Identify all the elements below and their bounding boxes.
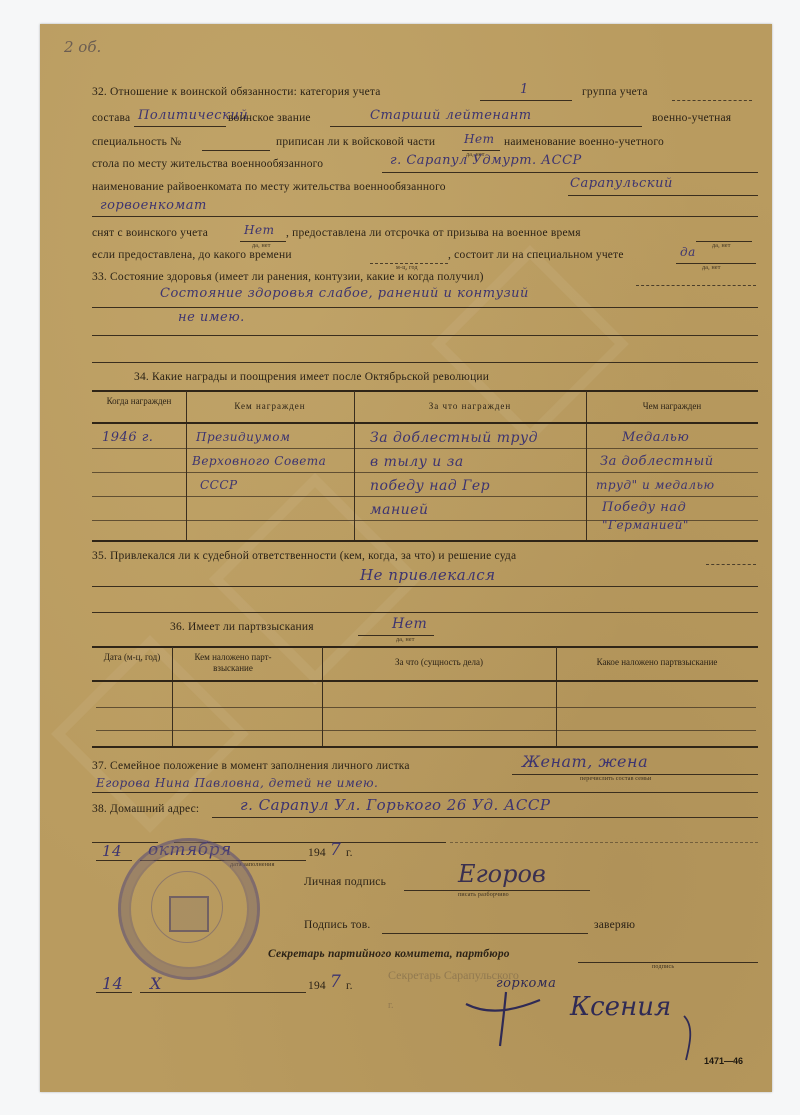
certify-label: заверяю — [594, 919, 635, 931]
penalty-col-divider — [172, 647, 173, 747]
penalty-header-bottom — [92, 680, 758, 682]
awards-row-line — [92, 496, 758, 497]
family-field-line-1 — [512, 774, 758, 775]
family-value-1: Женат, жена — [522, 752, 648, 771]
court-field-line-1 — [92, 586, 758, 587]
awards-row-line — [92, 472, 758, 473]
court-value: Не привлекался — [360, 566, 496, 584]
comrade-signature-line — [382, 933, 588, 934]
penalty-col-by-whom: Кем наложено парт-взыскание — [178, 652, 288, 674]
date-year-prefix: 194 — [308, 847, 326, 859]
date2-year-prefix: 194 — [308, 980, 326, 992]
rvk-field-line-2 — [92, 216, 758, 217]
assigned-field-line — [462, 150, 500, 151]
penalty-table-bottom — [92, 746, 758, 748]
personal-signature-hint: писать разборчиво — [458, 892, 509, 898]
penalty-col-reason: За что (сущность дела) — [322, 657, 556, 668]
awards-header-bottom — [92, 422, 758, 424]
divider-line — [450, 842, 758, 843]
section33-label: 33. Состояние здоровья (имеет ли ранения… — [92, 271, 484, 283]
rvk-value-1: Сарапульский — [570, 176, 673, 191]
family-field-line-2 — [92, 792, 758, 793]
special-label: , состоит ли на специальном учете — [448, 249, 624, 261]
deferment-field-line — [696, 241, 752, 242]
awards-col-when: Когда награжден — [92, 396, 186, 407]
assigned-value: Нет — [464, 132, 494, 146]
section32-label: 32. Отношение к воинской обязанности: ка… — [92, 86, 381, 98]
specialty-field-line — [202, 150, 270, 151]
special-value: да — [680, 245, 696, 259]
awards-col-for-what: За что награжден — [354, 401, 586, 412]
vus-label: военно-учетная — [652, 112, 731, 124]
family-hint: перечислить состав семьи — [580, 776, 651, 782]
section35-label: 35. Привлекался ли к судебной ответствен… — [92, 550, 516, 562]
special-field-line — [676, 263, 756, 264]
naming-label: наименование военно-учетного — [504, 136, 664, 148]
document-page: 2 об. 32. Отношение к воинской обязаннос… — [40, 24, 772, 1092]
table-label: стола по месту жительства военнообязанно… — [92, 158, 323, 170]
award-what-4: Победу над — [602, 500, 686, 515]
personal-signature-label: Личная подпись — [304, 876, 386, 888]
table-field-line — [382, 172, 758, 173]
award-by-whom-3: СССР — [200, 478, 238, 492]
rank-value: Старший лейтенант — [370, 108, 532, 123]
health-field-line-0 — [636, 285, 756, 286]
secretary-signature: Ксения — [570, 992, 671, 1022]
assigned-label: приписан ли к войсковой части — [276, 136, 435, 148]
table-value: г. Сарапул Удмурт. АССР — [390, 153, 582, 168]
sostav-field-line — [134, 126, 226, 127]
deferment-hint: да, нет — [712, 243, 731, 249]
rank-label: воинское звание — [228, 112, 311, 124]
removed-field-line — [240, 241, 286, 242]
section37-label: 37. Семейное положение в момент заполнен… — [92, 760, 410, 772]
penalty-value: Нет — [392, 616, 427, 632]
award-for-what-4: манией — [370, 502, 429, 518]
removed-value: Нет — [244, 223, 274, 237]
date2-day: 14 — [102, 974, 123, 993]
section36-label: 36. Имеет ли партвзыскания — [170, 621, 314, 633]
personal-signature: Егоров — [458, 860, 546, 888]
address-value: г. Сарапул Ул. Горького 26 Уд. АССР — [240, 796, 550, 814]
health-field-line-2 — [92, 335, 758, 336]
award-when: 1946 г. — [102, 430, 153, 445]
section34-label: 34. Какие награды и поощрения имеет посл… — [134, 371, 489, 383]
until-field-line — [370, 263, 448, 264]
award-for-what-3: победу над Гер — [370, 478, 490, 494]
stamp-emblem — [169, 896, 209, 932]
awards-col-by-whom: Кем награжден — [186, 401, 354, 412]
health-field-line-1 — [92, 307, 758, 308]
awards-col-divider — [586, 391, 587, 541]
rvk-value-2: горвоенкомат — [100, 198, 207, 213]
award-for-what-1: За доблестный труд — [370, 430, 538, 446]
health-value-1: Состояние здоровья слабое, ранений и кон… — [160, 286, 529, 301]
date-g: г. — [346, 847, 353, 859]
court-field-line-0 — [706, 564, 756, 565]
date2-day-line — [96, 992, 132, 993]
awards-table-top — [92, 390, 758, 392]
date2-month-line — [140, 992, 306, 993]
penalty-field-line — [358, 635, 434, 636]
archive-number: 1471—46 — [704, 1056, 743, 1066]
penalty-col-date: Дата (м-ц, год) — [92, 652, 172, 663]
award-what-1: Медалью — [622, 430, 689, 445]
comrade-signature-label: Подпись тов. — [304, 919, 370, 931]
rank-field-line — [330, 126, 642, 127]
award-what-3: труд" и медалью — [596, 478, 715, 492]
awards-col-what: Чем награжден — [586, 401, 758, 412]
date-day-line — [96, 860, 132, 861]
penalty-col-penalty: Какое наложено партвзыскание — [556, 657, 758, 668]
category-field-line — [480, 100, 572, 101]
court-field-line-2 — [92, 612, 758, 613]
awards-col-divider — [186, 391, 187, 541]
penalty-table-top — [92, 646, 758, 648]
awards-col-divider — [354, 391, 355, 541]
secretary-label: Секретарь партийного комитета, партбюро — [268, 948, 510, 960]
faded-stamp-g: г. — [388, 1000, 393, 1011]
award-what-5: "Германией" — [602, 518, 689, 532]
penalty-hint: да, нет — [396, 637, 415, 643]
date2-month: X — [150, 974, 162, 993]
date-day: 14 — [102, 842, 122, 860]
signature-stroke — [460, 984, 550, 1054]
removed-label: снят с воинского учета — [92, 227, 208, 239]
awards-row-line — [92, 448, 758, 449]
awards-table-bottom — [92, 540, 758, 542]
official-stamp — [118, 838, 260, 980]
special-hint: да, нет — [702, 265, 721, 271]
until-label: если предоставлена, до какого времени — [92, 249, 292, 261]
secretary-signature-line — [578, 962, 758, 963]
category-value: 1 — [520, 82, 529, 97]
secretary-hint: подпись — [652, 964, 674, 970]
award-by-whom-2: Верховного Совета — [192, 454, 326, 468]
section38-label: 38. Домашний адрес: — [92, 803, 199, 815]
rvk-field-line-1 — [568, 195, 758, 196]
group-label: группа учета — [582, 86, 648, 98]
health-value-2: не имею. — [178, 310, 245, 325]
address-field-line — [212, 817, 758, 818]
family-value-2: Егорова Нина Павловна, детей не имею. — [96, 776, 378, 790]
award-what-2: За доблестный — [600, 454, 714, 469]
date2-g: г. — [346, 980, 353, 992]
group-field-line — [672, 100, 752, 101]
health-field-line-3 — [92, 362, 758, 363]
deferment-label: , предоставлена ли отсрочка от призыва н… — [286, 227, 581, 239]
date-year-suffix: 7 — [330, 840, 341, 860]
award-by-whom-1: Президиумом — [196, 430, 290, 444]
page-mark: 2 об. — [64, 38, 101, 56]
personal-signature-line — [404, 890, 590, 891]
penalty-row-line — [96, 707, 756, 708]
award-for-what-2: в тылу и за — [370, 454, 464, 470]
sostav-label: состава — [92, 112, 130, 124]
date2-year-suffix: 7 — [330, 972, 341, 992]
penalty-row-line — [96, 730, 756, 731]
specialty-label: специальность № — [92, 136, 181, 148]
rvk-label: наименование райвоенкомата по месту жите… — [92, 181, 446, 193]
